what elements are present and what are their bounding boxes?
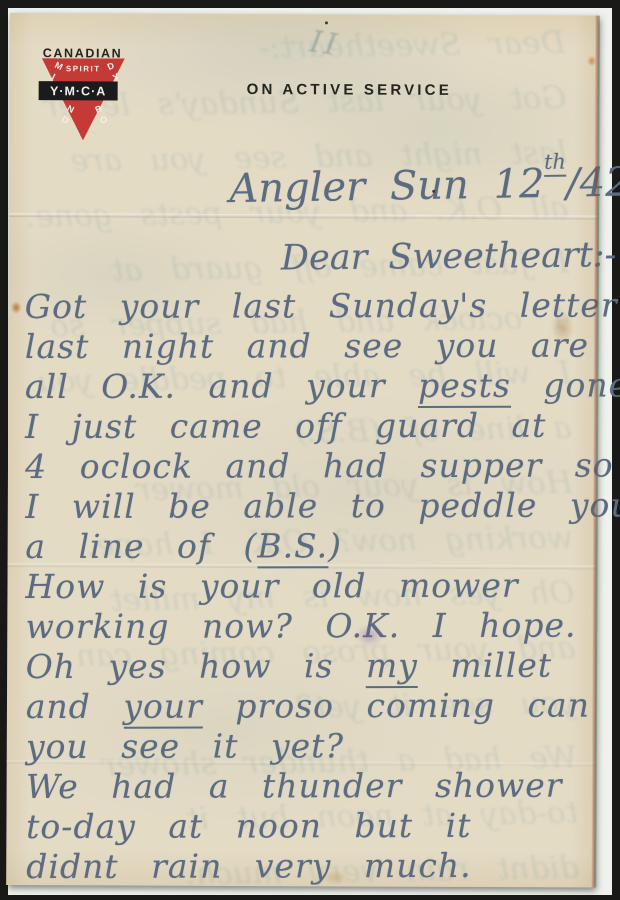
dateline-place-day: Angler Sun 12 — [229, 161, 545, 212]
letter-line: Oh yes how is my millet — [18, 646, 593, 688]
letter-text: How is your old mower — [25, 566, 518, 606]
letter-line: How is your old mower — [17, 566, 592, 608]
letter-paper: Dear Sweetheart:-Got your last Sunday's … — [6, 13, 598, 888]
letter-text: you see it yet? — [26, 726, 344, 766]
underlined-word: B.S. — [257, 526, 328, 568]
letter-text: Got your last Sunday's letter — [25, 285, 618, 326]
letter-text: a line of ( — [25, 526, 257, 566]
letter-text: millet — [418, 646, 552, 685]
letter-line: last night and see you are — [17, 326, 592, 368]
letter-text: I just came off guard at — [25, 406, 546, 446]
scanned-letter-page: { "letterhead": { "country_label": "CANA… — [0, 0, 620, 900]
letter-text: all O.K. and your — [25, 366, 418, 406]
paper-speck — [432, 190, 435, 193]
letter-line: all O.K. and your pests gone. — [17, 366, 592, 408]
letter-line: We had a thunder shower — [18, 766, 593, 808]
letter-line: a line of (B.S.) — [17, 526, 592, 568]
letter-text: ) — [328, 526, 342, 565]
letter-text: proso coming can — [203, 686, 590, 726]
letter-text: We had a thunder shower — [26, 766, 563, 806]
letter-line: 4 oclock and had supper so — [17, 446, 592, 488]
dateline-ordinal: th — [544, 150, 566, 177]
letter-text: to-day at noon but it — [26, 806, 471, 846]
underlined-word: my — [366, 646, 418, 688]
salutation: Dear Sweetheart:- — [281, 235, 617, 278]
letter-text: and — [26, 687, 124, 726]
letter-line: didnt rain very much. — [18, 846, 593, 888]
letter-line: and your proso coming can — [18, 686, 593, 728]
letter-text: I will be able to peddle you — [25, 485, 620, 526]
scanner-background: Dear Sweetheart:-Got your last Sunday's … — [8, 8, 612, 895]
letter-text: gone. — [511, 365, 620, 404]
underlined-word: your — [123, 687, 203, 729]
letter-line: to-day at noon but it — [18, 806, 593, 848]
handwritten-dateline: Angler Sun 12th/42 — [229, 149, 620, 213]
letter-text: Oh yes how is — [26, 646, 366, 686]
letter-body: Got your last Sunday's letterlast night … — [17, 286, 594, 888]
letter-line: Got your last Sunday's letter — [17, 286, 592, 328]
fold-crease — [9, 213, 597, 220]
letter-line: you see it yet? — [18, 726, 593, 768]
letter-line: I just came off guard at — [17, 406, 592, 448]
ymca-logo-label: Y·M·C·A — [50, 84, 106, 98]
dateline-year: /42 — [566, 160, 620, 207]
on-active-service-heading: ON ACTIVE SERVICE — [247, 81, 452, 99]
letter-text: working now? O.K. I hope. — [26, 606, 577, 646]
letter-line: I will be able to peddle you — [17, 486, 592, 528]
paper-speck — [325, 21, 328, 24]
letter-text: 4 oclock and had supper so — [25, 445, 613, 486]
pencil-ghost-mark: II — [307, 24, 342, 63]
letter-line: working now? O.K. I hope. — [18, 606, 593, 648]
underlined-word: pests — [418, 366, 511, 408]
letter-text: didnt rain very much. — [26, 846, 472, 886]
letter-text: last night and see you are — [25, 326, 589, 366]
ymca-logo-bar: Y·M·C·A — [39, 81, 118, 100]
